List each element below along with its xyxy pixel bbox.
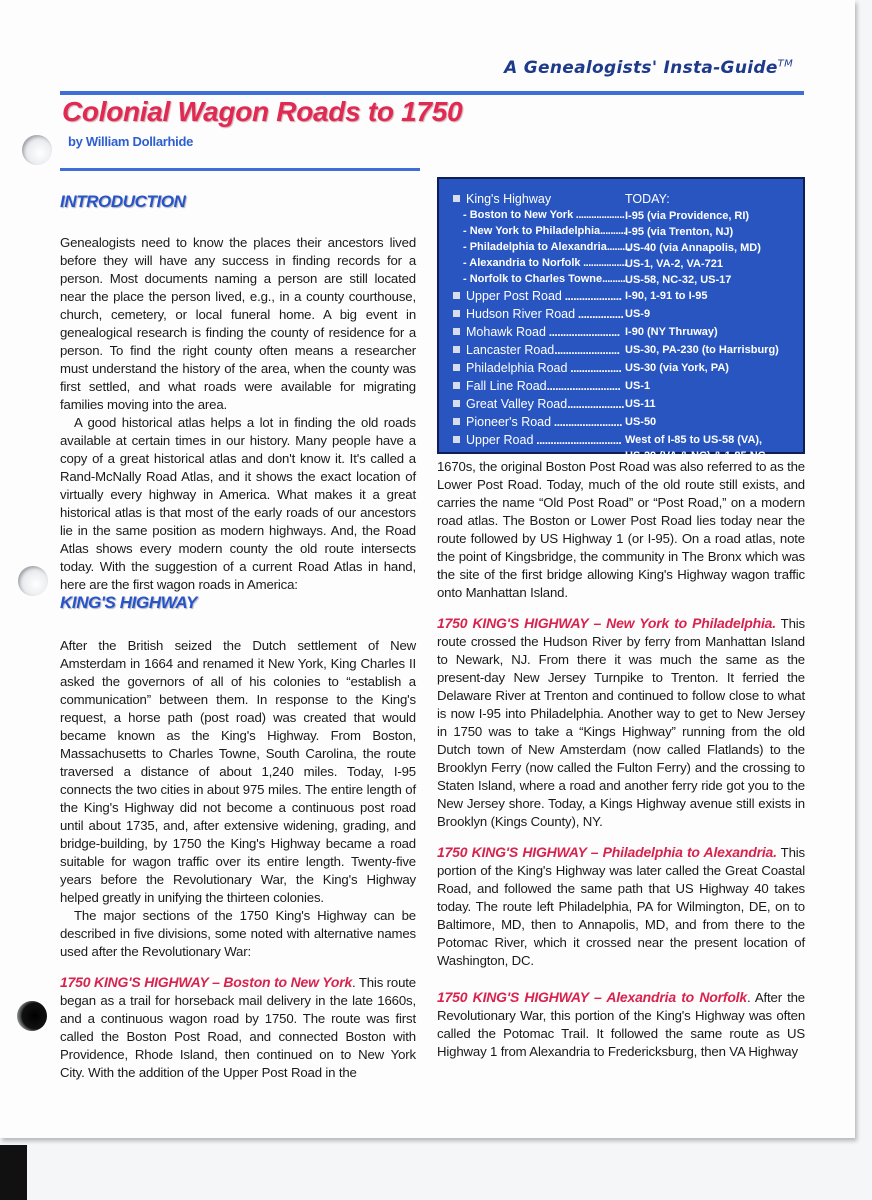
road-name: King's Highway [466, 192, 551, 206]
introduction-body: Genealogists need to know the places the… [60, 234, 416, 594]
square-bullet-icon [453, 328, 460, 335]
punch-hole-middle [18, 566, 48, 596]
punch-hole-top [22, 135, 52, 165]
roads-today-box: TODAY: King's Highway- Boston to New Yor… [437, 177, 805, 454]
square-bullet-icon [453, 382, 460, 389]
today-route: US-11 [625, 398, 656, 410]
square-bullet-icon [453, 195, 460, 202]
author-byline: by William Dollarhide [68, 134, 193, 149]
road-row: Upper Post Road .................... [453, 289, 621, 303]
road-row: - New York to Philadelphia.......... [463, 225, 626, 237]
punch-hole-bottom [17, 1001, 47, 1031]
square-bullet-icon [453, 346, 460, 353]
road-row: Lancaster Road....................... [453, 343, 619, 357]
leader-dots: .......... [600, 225, 626, 237]
philadelphia-alexandria-paragraph: 1750 KING'S HIGHWAY – Philadelphia to Al… [437, 843, 805, 970]
ny-philadelphia-run-in: 1750 KING'S HIGHWAY – New York to Philad… [437, 615, 776, 631]
ny-philadelphia-text: This route crossed the Hudson River by f… [437, 616, 805, 829]
road-name: Hudson River Road [466, 307, 575, 321]
today-route: I-95 (via Trenton, NJ) [625, 226, 733, 238]
road-row: King's Highway [453, 192, 551, 206]
series-brand: A Genealogists' Insta-GuideTM [504, 58, 793, 78]
scanner-edge [0, 1145, 27, 1200]
road-row: Hudson River Road ................ [453, 307, 623, 321]
road-name: Upper Post Road [466, 289, 562, 303]
boston-ny-continued: 1670s, the original Boston Post Road was… [437, 458, 805, 602]
road-name: Lancaster Road [466, 343, 554, 357]
leader-dots: ................. [581, 257, 627, 269]
today-route: US-9 [625, 308, 650, 320]
boston-ny-run-in: 1750 KING'S HIGHWAY – Boston to New York [60, 974, 352, 990]
leader-dots: .......................... [547, 379, 621, 393]
leader-dots: .................... [562, 289, 622, 303]
square-bullet-icon [453, 436, 460, 443]
today-header: TODAY: [625, 192, 670, 206]
today-route: West of I-85 to US-58 (VA), [625, 434, 762, 446]
road-name: Upper Road [466, 433, 533, 447]
road-name: Fall Line Road [466, 379, 547, 393]
boston-ny-paragraph: 1750 KING'S HIGHWAY – Boston to New York… [60, 973, 416, 1082]
square-bullet-icon [453, 400, 460, 407]
road-row: Fall Line Road.......................... [453, 379, 620, 393]
leader-dots: ........................ [551, 415, 622, 429]
road-name: - Alexandria to Norfolk [463, 257, 581, 269]
today-route: US-1, VA-2, VA-721 [625, 258, 723, 270]
header-rule [60, 91, 804, 95]
ny-philadelphia-paragraph: 1750 KING'S HIGHWAY – New York to Philad… [437, 614, 805, 831]
right-column-body: 1670s, the original Boston Post Road was… [437, 458, 805, 1061]
kings-paragraph-1: After the British seized the Dutch settl… [60, 637, 416, 907]
today-route: I-90 (NY Thruway) [625, 326, 718, 338]
road-name: - Boston to New York [463, 209, 573, 221]
road-row: - Alexandria to Norfolk ................… [463, 257, 627, 269]
leader-dots: ......................... [546, 325, 620, 339]
today-route: I-95 (via Providence, RI) [625, 210, 749, 222]
today-route: US-50 [625, 416, 656, 428]
trademark-mark: TM [778, 58, 793, 69]
kings-highway-body: After the British seized the Dutch settl… [60, 637, 416, 1082]
square-bullet-icon [453, 292, 460, 299]
boston-ny-text: . This route began as a trail for horseb… [60, 975, 416, 1080]
road-row: Pioneer's Road ........................ [453, 415, 622, 429]
road-name: Great Valley Road [466, 397, 567, 411]
intro-paragraph-2: A good historical atlas helps a lot in f… [60, 414, 416, 594]
page-title: Colonial Wagon Roads to 1750 [62, 96, 462, 128]
road-row: Upper Road .............................… [453, 433, 621, 447]
byline-rule [60, 168, 420, 171]
leader-dots: ................... [573, 209, 624, 221]
kings-paragraph-2: The major sections of the 1750 King's Hi… [60, 907, 416, 961]
today-route: US-30, PA-230 (to Harrisburg) [625, 344, 779, 356]
road-row: - Norfolk to Charles Towne.......... [463, 273, 628, 285]
road-row: Philadelphia Road .................. [453, 361, 621, 375]
square-bullet-icon [453, 310, 460, 317]
alexandria-norfolk-run-in: 1750 KING'S HIGHWAY – Alexandria to Norf… [437, 989, 747, 1005]
philadelphia-alexandria-text: This portion of the King's Highway was l… [437, 845, 805, 968]
leader-dots: .................... [567, 397, 624, 411]
leader-dots: .................. [567, 361, 621, 375]
intro-paragraph-1: Genealogists need to know the places the… [60, 234, 416, 414]
kings-highway-heading: KING'S HIGHWAY [60, 593, 197, 613]
today-route: I-90, 1-91 to I-95 [625, 290, 708, 302]
road-name: - New York to Philadelphia [463, 225, 600, 237]
road-name: Philadelphia Road [466, 361, 567, 375]
alexandria-norfolk-paragraph: 1750 KING'S HIGHWAY – Alexandria to Norf… [437, 988, 805, 1061]
document-page: A Genealogists' Insta-GuideTM Colonial W… [0, 0, 855, 1138]
road-row: - Philadelphia to Alexandria......... [463, 241, 630, 253]
today-route: US-1 [625, 380, 650, 392]
brand-text: A Genealogists' Insta-Guide [504, 58, 778, 78]
leader-dots: ................ [575, 307, 623, 321]
philadelphia-alexandria-run-in: 1750 KING'S HIGHWAY – Philadelphia to Al… [437, 844, 777, 860]
leader-dots: .......... [602, 273, 628, 285]
leader-dots: .............................. [533, 433, 621, 447]
today-route: US-40 (via Annapolis, MD) [625, 242, 761, 254]
road-name: - Norfolk to Charles Towne [463, 273, 602, 285]
square-bullet-icon [453, 364, 460, 371]
road-row: Great Valley Road.................... [453, 397, 624, 411]
road-name: Mohawk Road [466, 325, 546, 339]
road-row: Mohawk Road ......................... [453, 325, 620, 339]
square-bullet-icon [453, 418, 460, 425]
road-row: - Boston to New York ................... [463, 209, 624, 221]
leader-dots: ....................... [554, 343, 619, 357]
today-route: US-30 (via York, PA) [625, 362, 729, 374]
today-route: US-58, NC-32, US-17 [625, 274, 731, 286]
introduction-heading: INTRODUCTION [60, 192, 186, 212]
road-name: Pioneer's Road [466, 415, 551, 429]
road-name: - Philadelphia to Alexandria [463, 241, 607, 253]
